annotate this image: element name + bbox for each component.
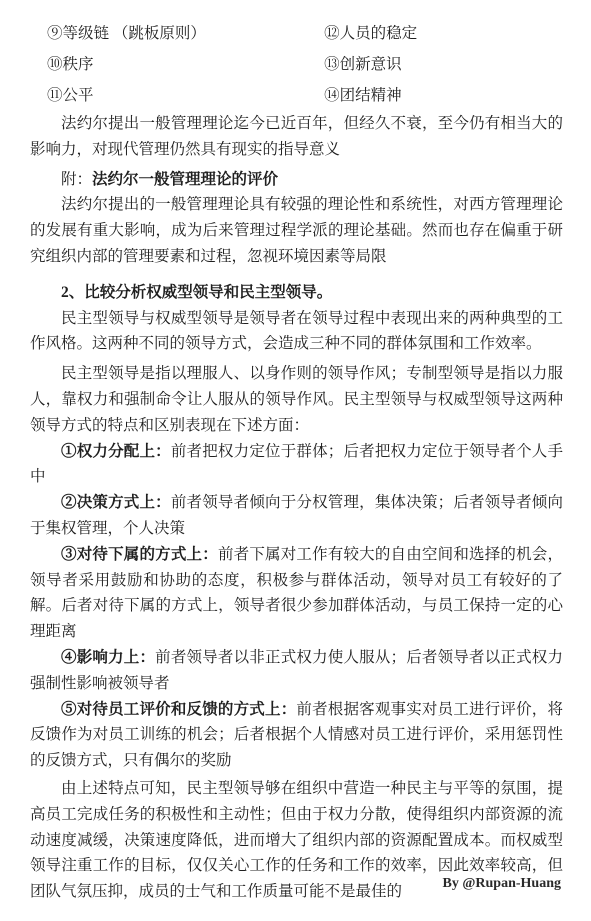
point-item-5: ⑤对待员工评价和反馈的方式上：前者根据客观事实对员工进行评价，将反馈作为对员工训… [30,697,563,774]
point-item-4: ④影响力上：前者领导者以非正式权力使人服从；后者领导者以正式权力强制性影响被领导… [30,645,563,697]
appendix-title: 法约尔一般管理理论的评价 [92,171,278,188]
point-label: ⑤对待员工评价和反馈的方式上： [61,701,296,718]
list-item: ⑪公平 [47,80,307,111]
list-item: ⑨等级链 （跳板原则） [47,18,307,49]
point-label: ③对待下属的方式上： [61,546,218,563]
point-item-2: ②决策方式上：前者领导者倾向于分权管理，集体决策；后者领导者倾向于集权管理，个人… [30,490,563,542]
point-label: ①权力分配上： [61,443,171,460]
heading-fayol-evaluation: 附：法约尔一般管理理论的评价 [30,167,563,193]
point-label: ④影响力上： [61,649,155,666]
list-item: ⑫人员的稳定 [324,18,563,49]
list-item: ⑭团结精神 [324,80,563,111]
point-item-1: ①权力分配上：前者把权力定位于群体；后者把权力定位于领导者个人手中 [30,439,563,491]
paragraph-q2-intro-1: 民主型领导与权威型领导是领导者在领导过程中表现出来的两种典型的工作风格。这两种不… [30,306,563,358]
principles-list: ⑨等级链 （跳板原则） ⑩秩序 ⑪公平 ⑫人员的稳定 ⑬创新意识 ⑭团结精神 [30,18,563,111]
paragraph-fayol-evaluation: 法约尔提出的一般管理理论具有较强的理论性和系统性，对西方管理理论的发展有重大影响… [30,192,563,269]
paragraph-q2-intro-2: 民主型领导是指以理服人、以身作则的领导作风；专制型领导是指以力服人，靠权力和强制… [30,361,563,438]
list-item: ⑬创新意识 [324,49,563,80]
paragraph-fayol-influence: 法约尔提出一般管理理论迄今已近百年，但经久不衰，至今仍有相当大的影响力，对现代管… [30,111,563,163]
point-item-3: ③对待下属的方式上：前者下属对工作有较大的自由空间和选择的机会，领导者采用鼓励和… [30,542,563,645]
principles-column-right: ⑫人员的稳定 ⑬创新意识 ⑭团结精神 [307,18,563,111]
principles-column-left: ⑨等级链 （跳板原则） ⑩秩序 ⑪公平 [30,18,307,111]
point-label: ②决策方式上： [61,494,171,511]
document-page: ⑨等级链 （跳板原则） ⑩秩序 ⑪公平 ⑫人员的稳定 ⑬创新意识 ⑭团结精神 法… [0,0,591,921]
heading-question-2: 2、比较分析权威型领导和民主型领导。 [30,280,563,306]
author-credit: By @Rupan-Huang [443,876,561,892]
list-item: ⑩秩序 [47,49,307,80]
appendix-label: 附： [61,171,92,188]
